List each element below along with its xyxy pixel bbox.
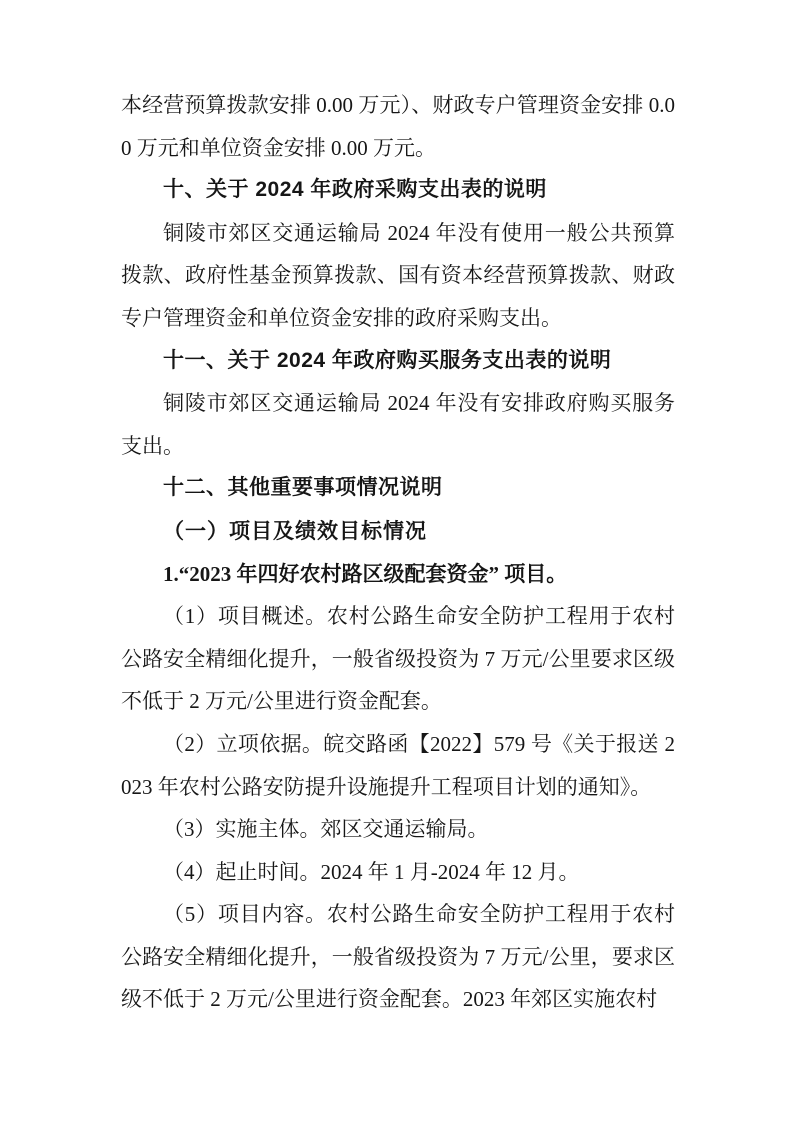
paragraph-project-overview: （1）项目概述。农村公路生命安全防护工程用于农村公路安全精细化提升，一般省级投资… <box>121 595 675 723</box>
paragraph-no-procurement: 铜陵市郊区交通运输局 2024 年没有使用一般公共预算拨款、政府性基金预算拨款、… <box>121 212 675 340</box>
paragraph-project-basis: （2）立项依据。皖交路函【2022】579 号《关于报送 2023 年农村公路安… <box>121 723 675 808</box>
project-heading-rural-road-funds: 1.“2023 年四好农村路区级配套资金” 项目。 <box>121 553 675 596</box>
paragraph-project-duration: （4）起止时间。2024 年 1 月-2024 年 12 月。 <box>121 851 675 894</box>
paragraph-no-purchased-services: 铜陵市郊区交通运输局 2024 年没有安排政府购买服务支出。 <box>121 382 675 467</box>
document-body: 本经营预算拨款安排 0.00 万元）、财政专户管理资金安排 0.00 万元和单位… <box>121 84 675 1021</box>
section-heading-12-other-matters: 十二、其他重要事项情况说明 <box>121 467 675 510</box>
paragraph-project-content: （5）项目内容。农村公路生命安全防护工程用于农村公路安全精细化提升，一般省级投资… <box>121 893 675 1021</box>
paragraph-implementing-body: （3）实施主体。郊区交通运输局。 <box>121 808 675 851</box>
subsection-heading-project-performance: （一）项目及绩效目标情况 <box>121 510 675 553</box>
section-heading-10-gov-procurement: 十、关于 2024 年政府采购支出表的说明 <box>121 169 675 212</box>
section-heading-11-purchased-services: 十一、关于 2024 年政府购买服务支出表的说明 <box>121 340 675 383</box>
document-page: 本经营预算拨款安排 0.00 万元）、财政专户管理资金安排 0.00 万元和单位… <box>0 0 793 1122</box>
paragraph-continuation-budget-funds: 本经营预算拨款安排 0.00 万元）、财政专户管理资金安排 0.00 万元和单位… <box>121 84 675 169</box>
